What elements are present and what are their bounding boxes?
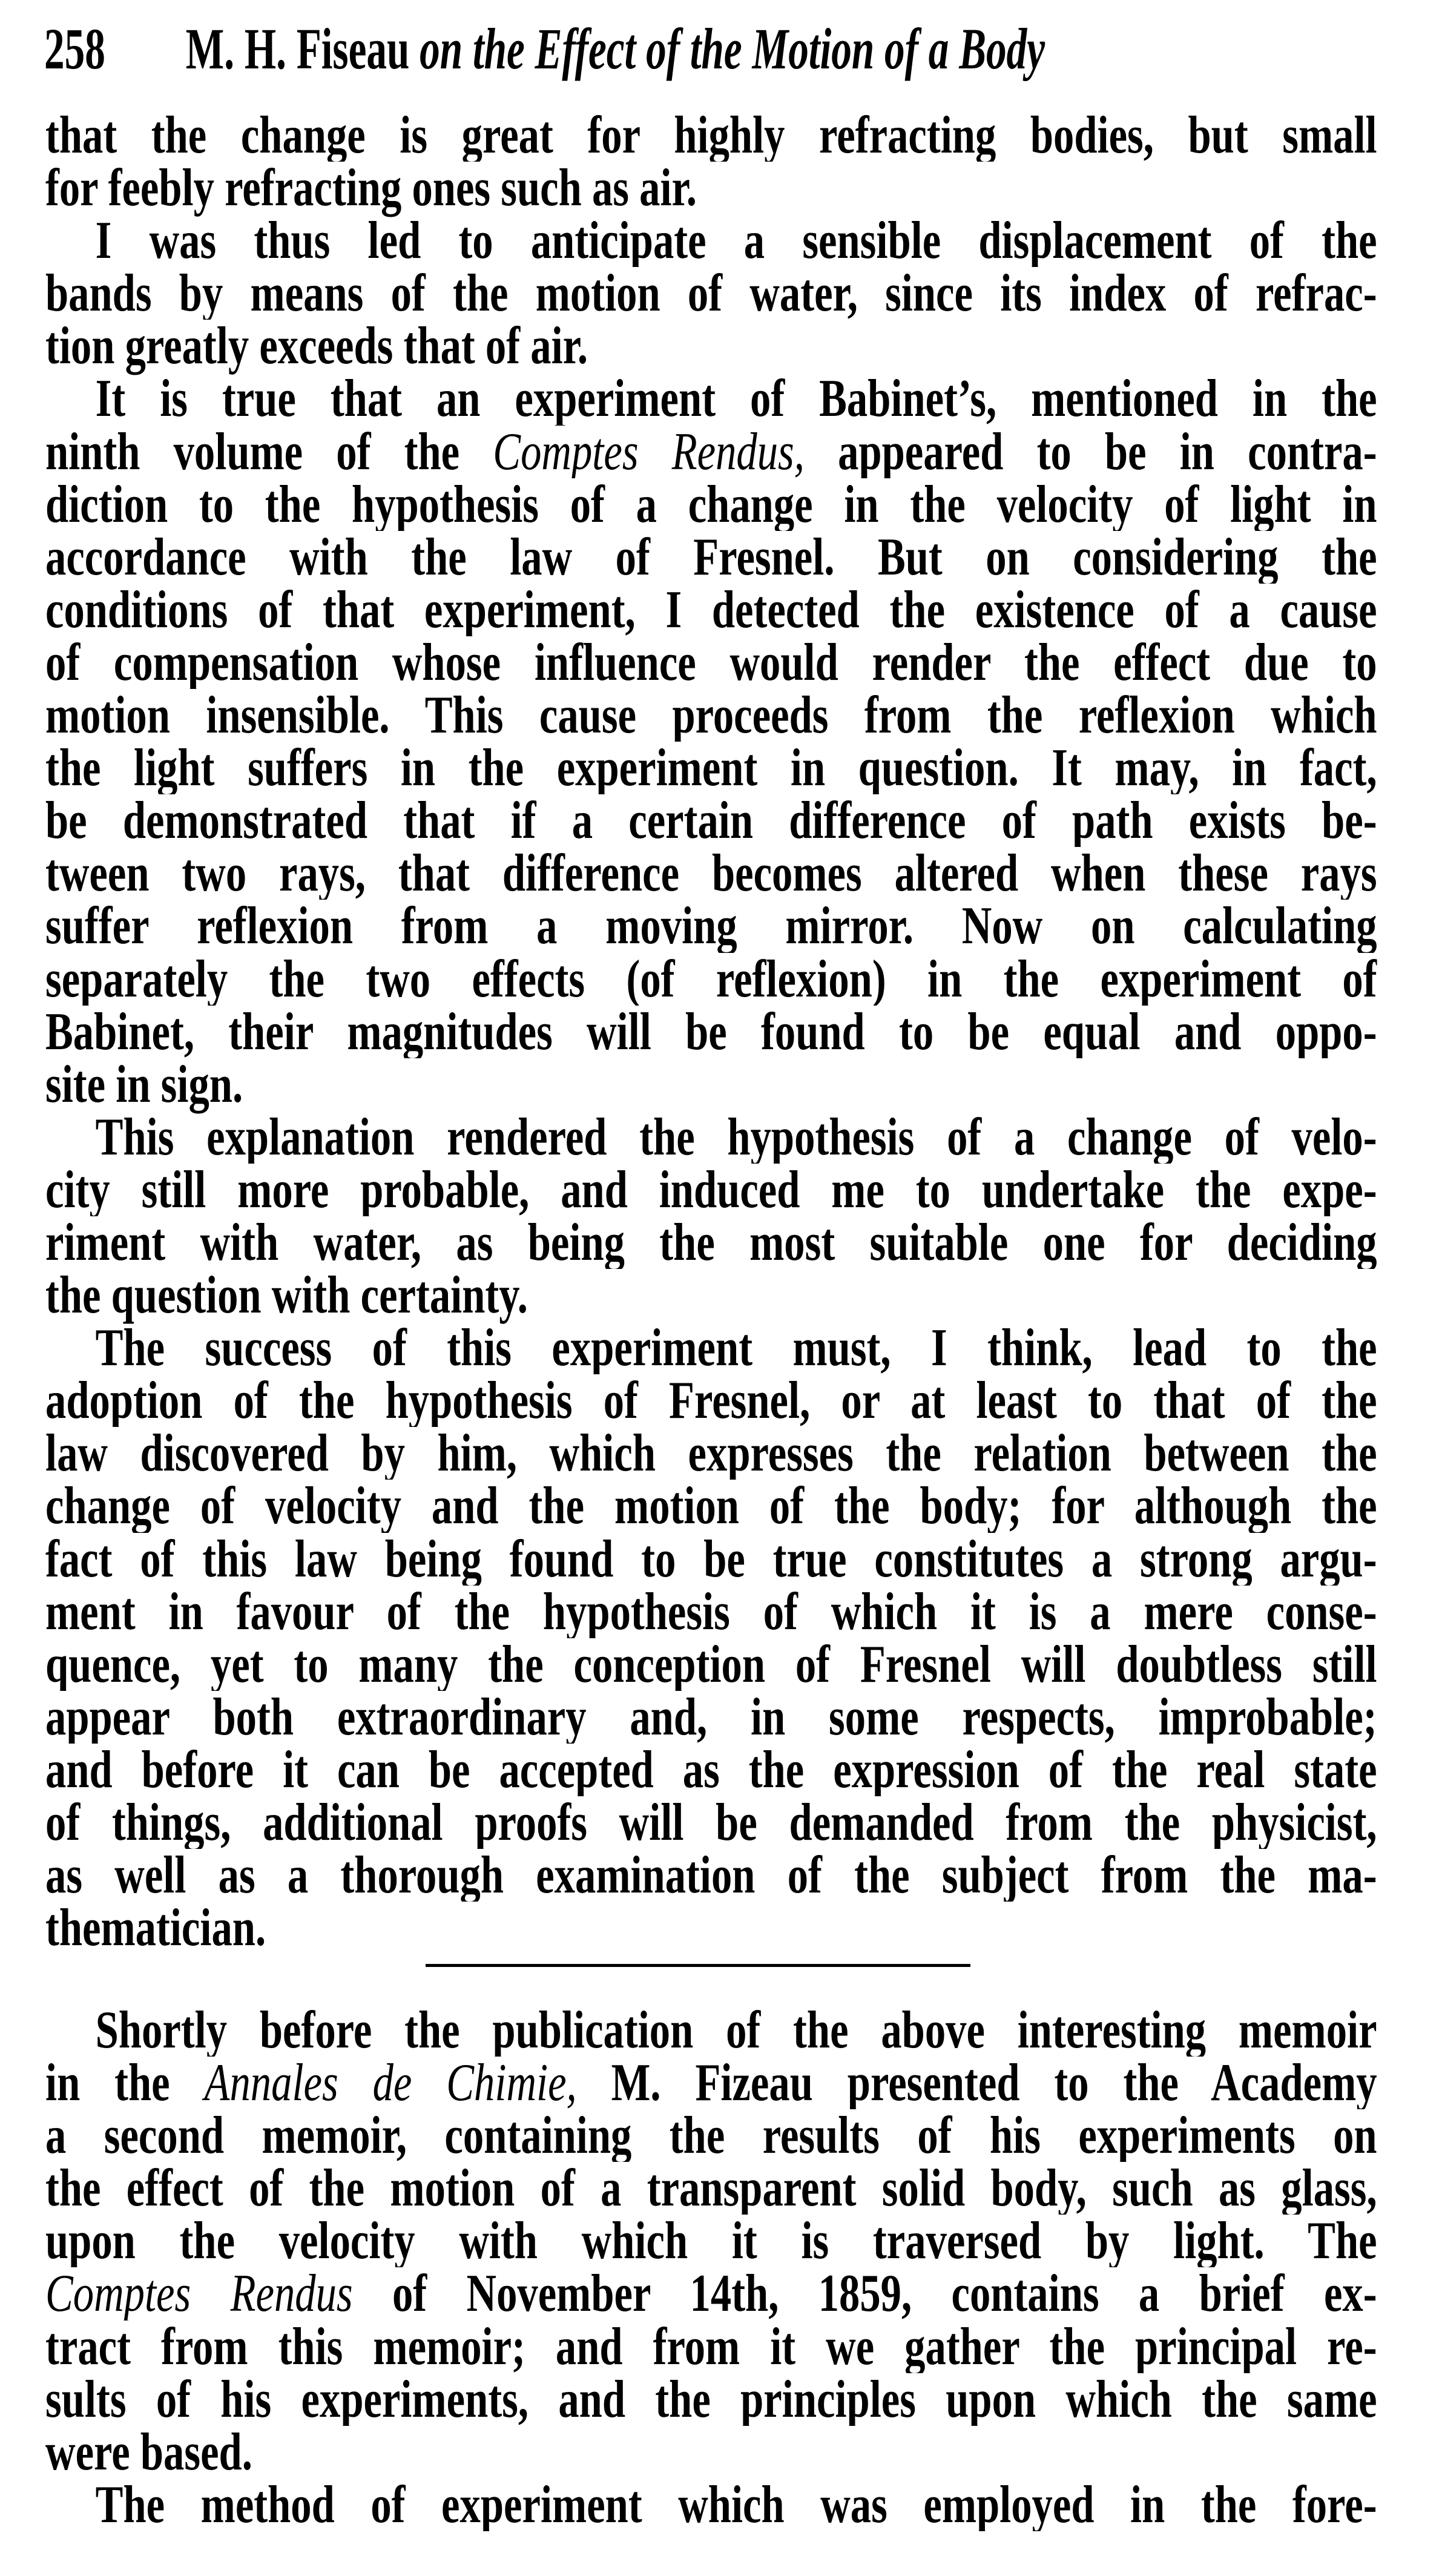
text-line: that the change is great for highly refr… <box>45 109 1377 162</box>
text-span: the light suffers in the experiment in q… <box>45 742 1377 794</box>
text-span: Babinet, their magnitudes will be found … <box>45 1006 1377 1058</box>
text-line: Shortly before the publication of the ab… <box>45 2004 1377 2057</box>
text-line: tion greatly exceeds that of air. <box>45 320 1377 372</box>
text-line: tract from this memoir; and from it we g… <box>45 2321 1377 2373</box>
text-span: M. Fizeau presented to the Academy <box>577 2057 1377 2109</box>
text-line: sults of his experiments, and the princi… <box>45 2373 1377 2426</box>
text-span: riment with water, as being the most sui… <box>45 1216 1377 1269</box>
text-span: The method of experiment which was emplo… <box>96 2479 1377 2531</box>
commentary-text: Shortly before the publication of the ab… <box>45 2004 1377 2531</box>
text-line: ninth volume of the Comptes Rendus, appe… <box>45 426 1377 478</box>
text-span: that the change is great for highly refr… <box>45 109 1377 162</box>
text-line: I was thus led to anticipate a sensible … <box>45 214 1377 267</box>
text-span: Shortly before the publication of the ab… <box>96 2004 1377 2057</box>
text-line: as well as a thorough examination of the… <box>45 1849 1377 1902</box>
text-span: conditions of that experiment, I detecte… <box>45 584 1377 636</box>
text-line: the effect of the motion of a transparen… <box>45 2162 1377 2215</box>
text-span: I was thus led to anticipate a sensible … <box>96 214 1377 267</box>
text-span: separately the two effects (of reflexion… <box>45 953 1377 1006</box>
memoir-text: that the change is great for highly refr… <box>45 109 1377 1954</box>
text-span: and before it can be accepted as the exp… <box>45 1744 1377 1796</box>
text-span: as well as a thorough examination of the… <box>45 1849 1377 1902</box>
text-span: appeared to be in contra- <box>805 426 1377 478</box>
text-line: Babinet, their magnitudes will be found … <box>45 1006 1377 1058</box>
text-line: be demonstrated that if a certain differ… <box>45 794 1377 847</box>
text-span: suffer reflexion from a moving mirror. N… <box>45 900 1377 952</box>
text-span: adoption of the hypothesis of Fresnel, o… <box>45 1374 1377 1427</box>
text-span: upon the velocity with which it is trave… <box>45 2215 1377 2267</box>
text-line: upon the velocity with which it is trave… <box>45 2215 1377 2267</box>
text-line: change of velocity and the motion of the… <box>45 1480 1377 1532</box>
text-span: fact of this law being found to be true … <box>45 1533 1377 1586</box>
text-line: of compensation whose influence would re… <box>45 636 1377 689</box>
text-line: tween two rays, that difference becomes … <box>45 847 1377 900</box>
text-line: law discovered by him, which expresses t… <box>45 1427 1377 1480</box>
text-line: It is true that an experiment of Babinet… <box>45 372 1377 425</box>
text-line: The method of experiment which was emplo… <box>45 2479 1377 2531</box>
text-line: separately the two effects (of reflexion… <box>45 953 1377 1006</box>
text-span: site in sign. <box>45 1055 243 1114</box>
text-line: fact of this law being found to be true … <box>45 1533 1377 1586</box>
text-span: a second memoir, containing the results … <box>45 2109 1377 2162</box>
text-line: a second memoir, containing the results … <box>45 2109 1377 2162</box>
text-span: the question with certainty. <box>45 1266 528 1325</box>
text-line: of things, additional proofs will be dem… <box>45 1796 1377 1849</box>
text-line: riment with water, as being the most sui… <box>45 1216 1377 1269</box>
text-line: thematician. <box>45 1902 1377 1954</box>
book-page: 258M. H. Fiseau on the Effect of the Mot… <box>0 0 1442 2576</box>
text-line: site in sign. <box>45 1058 1377 1111</box>
text-line: The success of this experiment must, I t… <box>45 1322 1377 1374</box>
section-divider-rule <box>426 1964 970 1967</box>
text-line: in the Annales de Chimie, M. Fizeau pres… <box>45 2057 1377 2109</box>
text-span: This explanation rendered the hypothesis… <box>96 1111 1377 1164</box>
text-span: ninth volume of the <box>45 426 493 478</box>
italic-title-span: Comptes Rendus, <box>493 426 805 478</box>
italic-title-span: Comptes Rendus <box>45 2267 353 2320</box>
text-line: the light suffers in the experiment in q… <box>45 742 1377 794</box>
text-line: appear both extraordinary and, in some r… <box>45 1691 1377 1744</box>
text-line: suffer reflexion from a moving mirror. N… <box>45 900 1377 952</box>
italic-title-span: Annales de Chimie, <box>205 2057 577 2109</box>
text-span: tract from this memoir; and from it we g… <box>45 2321 1377 2373</box>
text-span: tween two rays, that difference becomes … <box>45 847 1377 900</box>
text-span: appear both extraordinary and, in some r… <box>45 1691 1377 1744</box>
text-span: It is true that an experiment of Babinet… <box>96 372 1377 425</box>
running-header: 258M. H. Fiseau on the Effect of the Mot… <box>44 20 1273 78</box>
text-span: the effect of the motion of a transparen… <box>45 2162 1377 2215</box>
text-span: The success of this experiment must, I t… <box>96 1322 1377 1374</box>
text-span: tion greatly exceeds that of air. <box>45 317 588 375</box>
text-span: accordance with the law of Fresnel. But … <box>45 531 1377 584</box>
text-span: of compensation whose influence would re… <box>45 636 1377 689</box>
text-span: law discovered by him, which expresses t… <box>45 1427 1377 1480</box>
text-line: This explanation rendered the hypothesis… <box>45 1111 1377 1164</box>
text-span: of November 14th, 1859, contains a brief… <box>353 2267 1377 2320</box>
text-line: motion insensible. This cause proceeds f… <box>45 689 1377 742</box>
text-line: quence, yet to many the conception of Fr… <box>45 1638 1377 1691</box>
text-line: and before it can be accepted as the exp… <box>45 1744 1377 1796</box>
text-line: for feebly refracting ones such as air. <box>45 162 1377 214</box>
text-span: be demonstrated that if a certain differ… <box>45 794 1377 847</box>
text-span: of things, additional proofs will be dem… <box>45 1796 1377 1849</box>
text-line: Comptes Rendus of November 14th, 1859, c… <box>45 2267 1377 2320</box>
text-line: diction to the hypothesis of a change in… <box>45 478 1377 531</box>
text-span: motion insensible. This cause proceeds f… <box>45 689 1377 742</box>
text-span: for feebly refracting ones such as air. <box>45 159 697 217</box>
text-span: quence, yet to many the conception of Fr… <box>45 1638 1377 1691</box>
text-span: thematician. <box>45 1899 266 1957</box>
text-line: city still more probable, and induced me… <box>45 1164 1377 1216</box>
text-span: change of velocity and the motion of the… <box>45 1480 1377 1532</box>
text-line: accordance with the law of Fresnel. But … <box>45 531 1377 584</box>
text-line: the question with certainty. <box>45 1269 1377 1322</box>
text-line: ment in favour of the hypothesis of whic… <box>45 1586 1377 1638</box>
text-span: sults of his experiments, and the princi… <box>45 2373 1377 2426</box>
text-span: were based. <box>45 2423 252 2482</box>
header-author: M. H. Fiseau <box>186 16 420 81</box>
text-line: adoption of the hypothesis of Fresnel, o… <box>45 1374 1377 1427</box>
page-number: 258 <box>44 20 105 78</box>
text-span: ment in favour of the hypothesis of whic… <box>45 1586 1377 1638</box>
text-span: city still more probable, and induced me… <box>45 1164 1377 1216</box>
text-span: in the <box>45 2057 205 2109</box>
text-span: bands by means of the motion of water, s… <box>45 267 1377 320</box>
text-span: diction to the hypothesis of a change in… <box>45 478 1377 531</box>
text-line: conditions of that experiment, I detecte… <box>45 584 1377 636</box>
text-line: were based. <box>45 2426 1377 2479</box>
header-title: on the Effect of the Motion of a Body <box>420 16 1045 81</box>
text-line: bands by means of the motion of water, s… <box>45 267 1377 320</box>
